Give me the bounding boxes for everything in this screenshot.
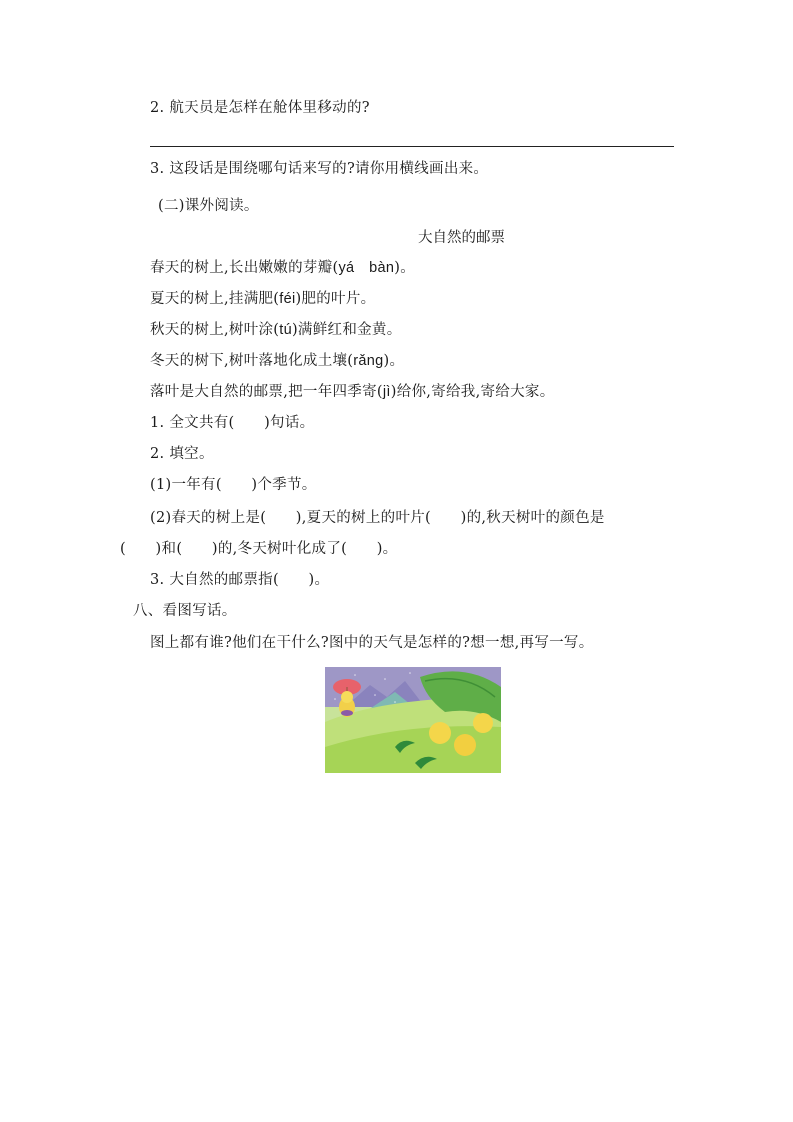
passage-text: 春天的树上,长出嫩嫩的芽瓣( <box>150 260 338 276</box>
question-2-text: 2. 航天员是怎样在舱体里移动的? <box>150 98 370 118</box>
passage-text: 冬天的树下,树叶落地化成土壤( <box>150 353 353 369</box>
reading-question-2-2-line-1: (2)春天的树上是( ),夏天的树上的叶片( )的,秋天树叶的颜色是 <box>150 508 605 528</box>
passage-text: 落叶是大自然的邮票,把一年四季寄( <box>150 384 383 400</box>
passage-line-2: 夏天的树上,挂满肥(féi)肥的叶片。 <box>150 289 375 309</box>
passage-text: )肥的叶片。 <box>295 291 375 307</box>
pinyin-annotation: tú <box>279 322 292 338</box>
pinyin-annotation: féi <box>279 291 295 307</box>
passage-text: )满鲜红和金黄。 <box>292 322 402 338</box>
passage-line-5: 落叶是大自然的邮票,把一年四季寄(jì)给你,寄给我,寄给大家。 <box>150 382 555 402</box>
passage-text: )。 <box>384 353 405 369</box>
illustration-chicks-in-rain <box>325 667 501 773</box>
passage-title: 大自然的邮票 <box>0 228 793 248</box>
passage-line-1: 春天的树上,长出嫩嫩的芽瓣(yá bàn)。 <box>150 258 415 278</box>
reading-question-2: 2. 填空。 <box>150 444 214 464</box>
passage-text: )。 <box>394 260 415 276</box>
reading-question-2-1: (1)一年有( )个季节。 <box>150 475 317 495</box>
passage-text: 秋天的树上,树叶涂( <box>150 322 279 338</box>
reading-question-1: 1. 全文共有( )句话。 <box>150 413 314 433</box>
pinyin-annotation: yá bàn <box>338 260 394 276</box>
question-3-text: 3. 这段话是围绕哪句话来写的?请你用横线画出来。 <box>150 159 488 179</box>
answer-line <box>150 146 674 147</box>
pinyin-annotation: jì <box>383 384 391 400</box>
reading-question-2-2-line-2: ( )和( )的,冬天树叶化成了( )。 <box>120 539 397 559</box>
passage-text: )给你,寄给我,寄给大家。 <box>391 384 555 400</box>
section-heading-picture-writing: 八、看图写话。 <box>133 601 237 621</box>
picture-writing-prompt: 图上都有谁?他们在干什么?图中的天气是怎样的?想一想,再写一写。 <box>150 633 594 653</box>
illustration-image <box>325 667 501 773</box>
passage-line-3: 秋天的树上,树叶涂(tú)满鲜红和金黄。 <box>150 320 402 340</box>
passage-line-4: 冬天的树下,树叶落地化成土壤(rǎng)。 <box>150 351 404 371</box>
reading-question-3: 3. 大自然的邮票指( )。 <box>150 570 329 590</box>
pinyin-annotation: rǎng <box>353 353 383 369</box>
passage-text: 夏天的树上,挂满肥( <box>150 291 279 307</box>
section-heading-extracurricular: (二)课外阅读。 <box>158 196 259 216</box>
